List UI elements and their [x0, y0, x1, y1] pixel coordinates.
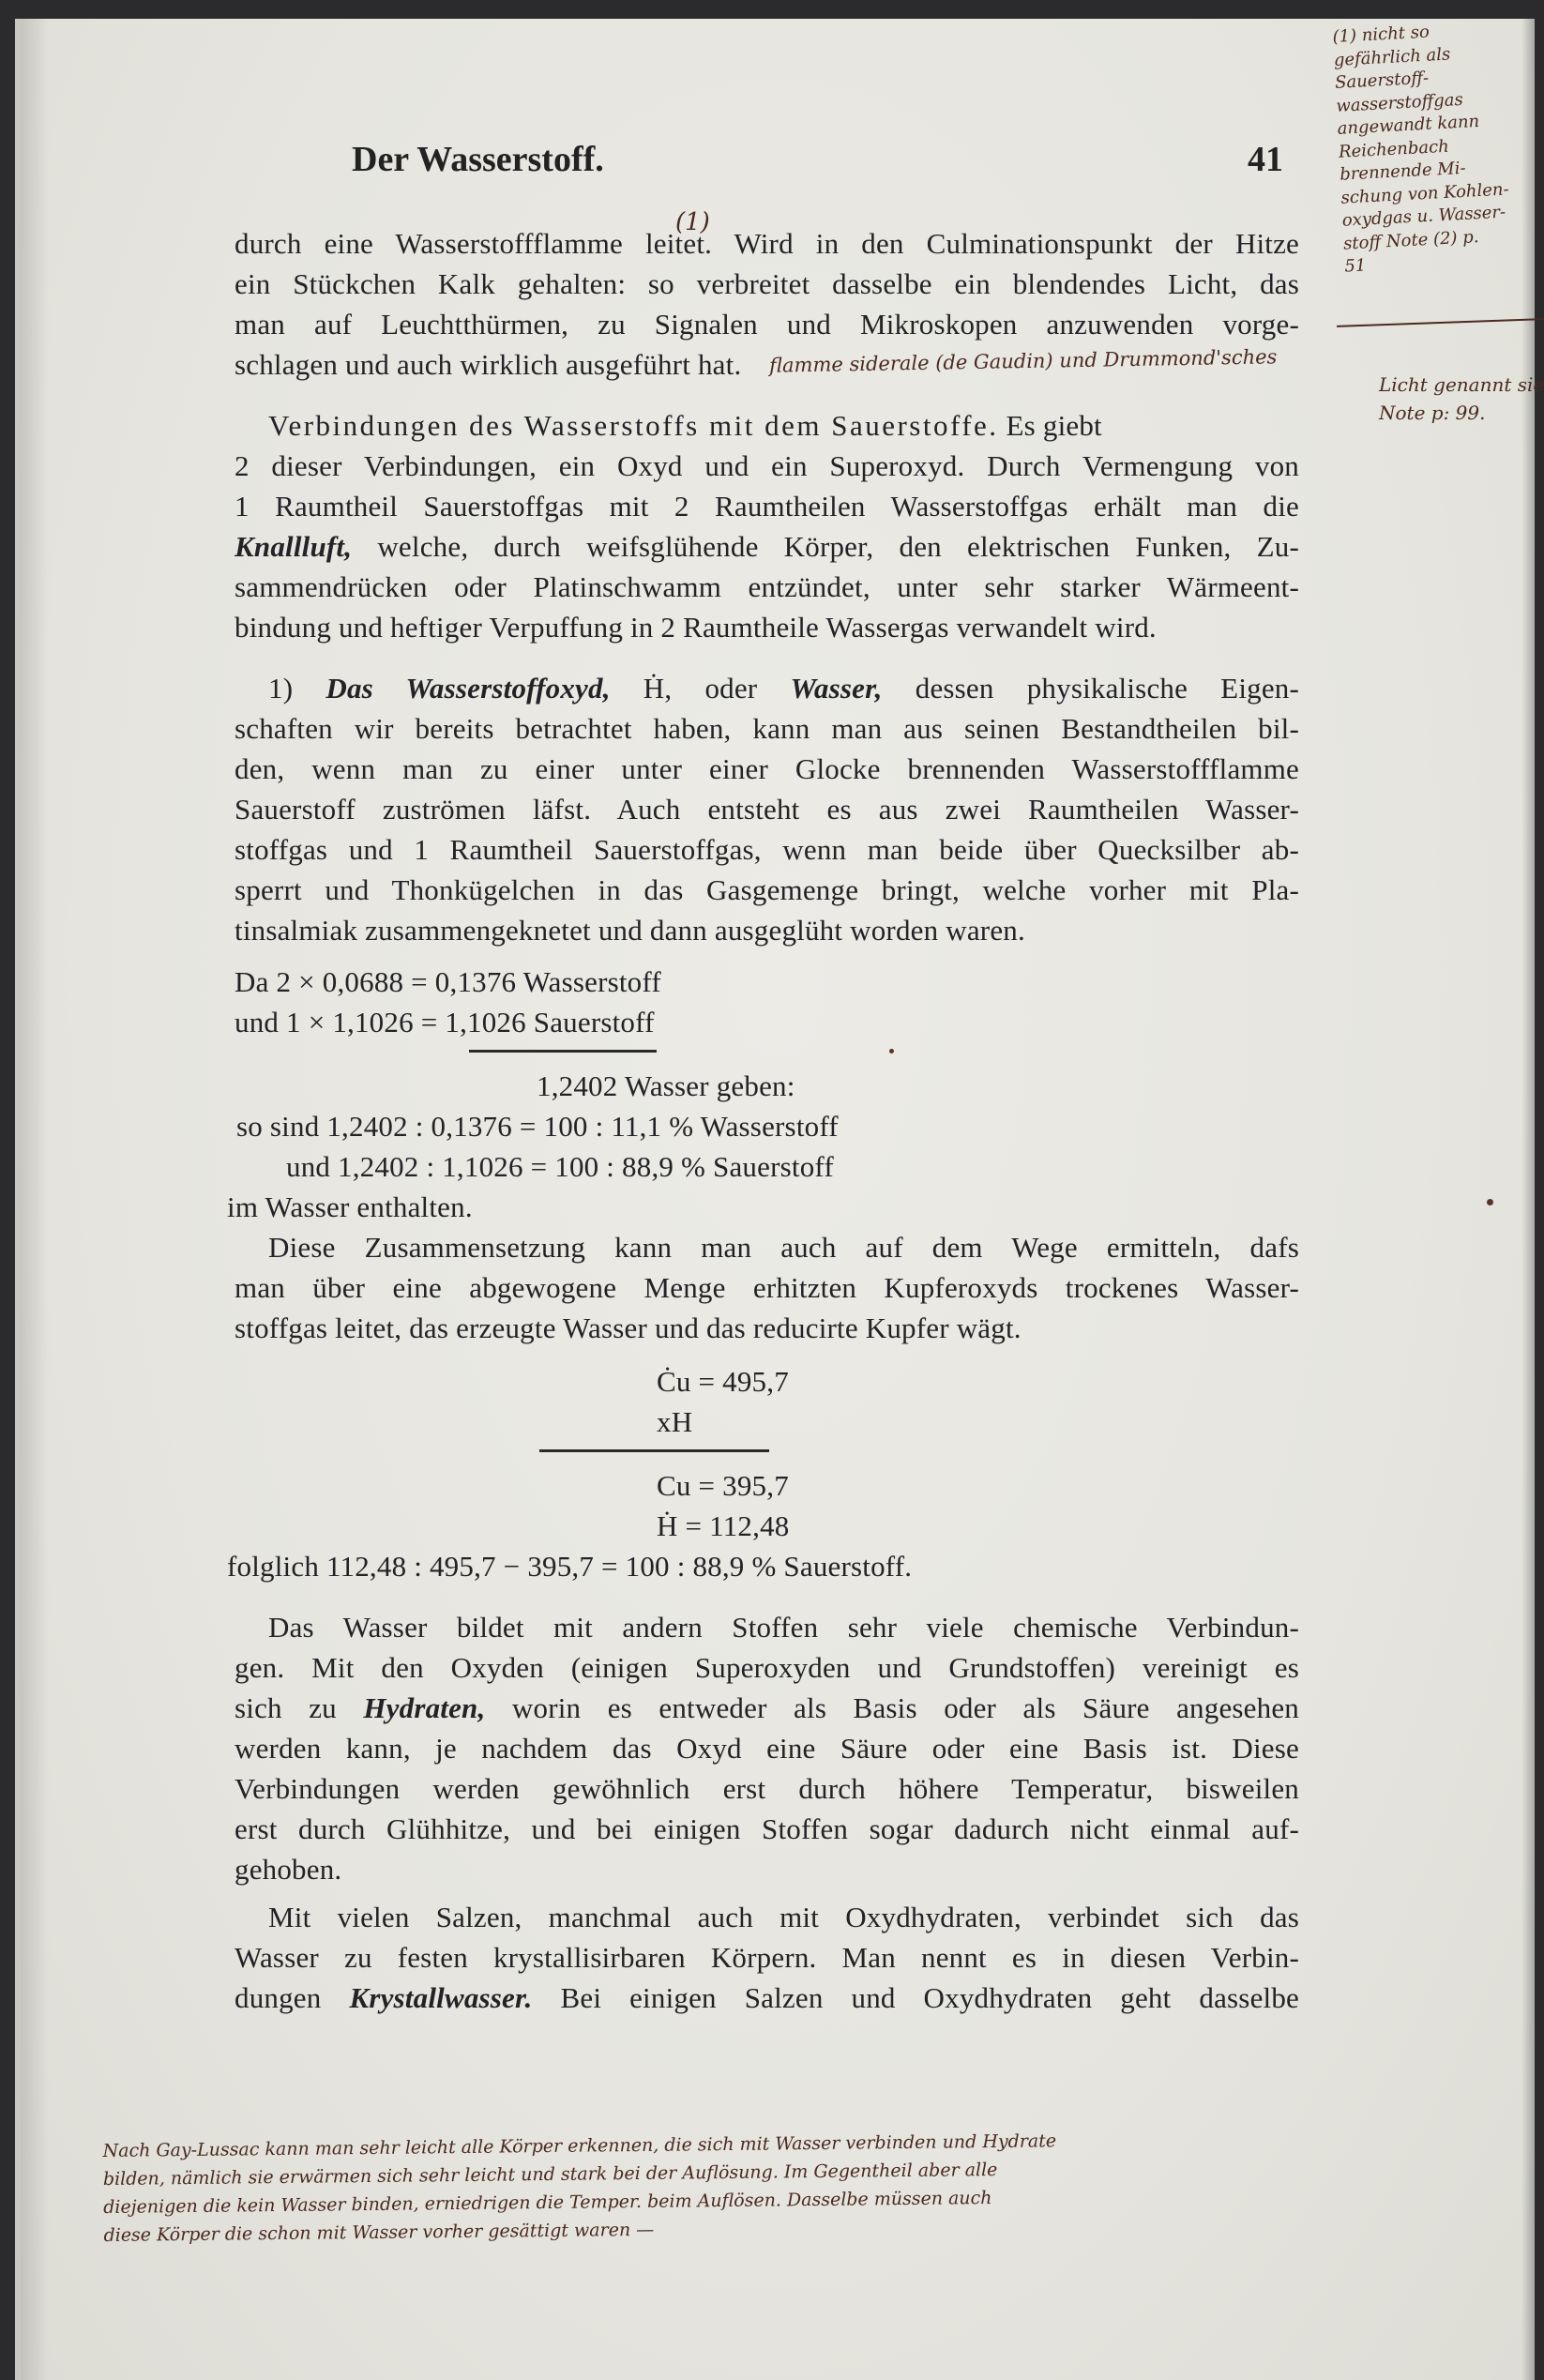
- section-heading-line: Verbindungen des Wasserstoffs mit dem Sa…: [235, 405, 1299, 446]
- footnote-reference-mark: (1): [675, 208, 710, 236]
- equation-total: 1,2402 Wasser geben:: [235, 1066, 1299, 1106]
- italic-term: Hydraten,: [363, 1691, 485, 1724]
- equation-row: und 1 × 1,1026 = 1,1026 Sauerstoff: [235, 1002, 1299, 1042]
- italic-term: Wasser,: [790, 672, 882, 705]
- text-line: den, wenn man zu einer unter einer Glock…: [235, 749, 1299, 789]
- equation-row: Ċu = 495,7: [235, 1361, 1299, 1402]
- text-line: sich zu Hydraten, worin es entweder als …: [235, 1688, 1299, 1728]
- text-line: sperrt und Thonkügelchen in das Gasgemen…: [235, 870, 1299, 910]
- item-number: 1): [268, 672, 293, 705]
- spine-shadow: [21, 19, 49, 2380]
- text-line: ein Stückchen Kalk gehalten: so verbreit…: [235, 264, 1299, 304]
- text-line: werden kann, je nachdem das Oxyd eine Sä…: [235, 1728, 1299, 1768]
- handwritten-margin-note: (1) nicht so gefährlich als Sauerstoff- …: [1332, 17, 1533, 280]
- equation-row: Da 2 × 0,0688 = 0,1376 Wasserstoff: [235, 962, 1299, 1002]
- equation-row: und 1,2402 : 1,1026 = 100 : 88,9 % Sauer…: [235, 1146, 1299, 1187]
- difference-rule: [539, 1449, 769, 1452]
- equation-row: xH: [235, 1402, 1299, 1442]
- text-line: dungen Krystallwasser. Bei einigen Salze…: [235, 1978, 1299, 2018]
- ink-spot: [1487, 1199, 1493, 1205]
- text-line: 1) Das Wasserstoffoxyd, Ḣ, oder Wasser, …: [235, 668, 1299, 708]
- text-line: Sauerstoff zuströmen läfst. Auch entsteh…: [235, 789, 1299, 829]
- text-line: Mit vielen Salzen, manchmal auch mit Oxy…: [235, 1897, 1299, 1937]
- text-line: schaften wir bereits betrachtet haben, k…: [235, 708, 1299, 749]
- text-line: Knallluft, welche, durch weifsglühende K…: [235, 526, 1299, 567]
- text-fragment: dungen: [235, 1981, 321, 2014]
- running-title: Der Wasserstoff.: [352, 139, 604, 180]
- text-fragment: Bei einigen Salzen und Oxydhydraten geht…: [560, 1981, 1299, 2014]
- text-line: man auf Leuchtthürmen, zu Signalen und M…: [235, 304, 1299, 344]
- note-line: Licht genannt siehe: [1379, 371, 1544, 399]
- page-number: 41: [1248, 139, 1283, 180]
- text-fragment: worin es entweder als Basis oder als Säu…: [512, 1691, 1299, 1724]
- text-line: im Wasser enthalten.: [227, 1187, 1299, 1227]
- text-line: durch eine Wasserstoffflamme leitet. Wir…: [235, 223, 1299, 264]
- text-line: stoffgas und 1 Raumtheil Sauerstoffgas, …: [235, 829, 1299, 870]
- text-line: 1 Raumtheil Sauerstoffgas mit 2 Raumthei…: [235, 486, 1299, 526]
- text-line: bindung und heftiger Verpuffung in 2 Rau…: [235, 607, 1299, 647]
- text-line: gen. Mit den Oxyden (einigen Superoxyden…: [235, 1647, 1299, 1688]
- ink-spot: [889, 1049, 894, 1054]
- italic-term: Krystallwasser.: [349, 1981, 532, 2014]
- section-heading: Verbindungen des Wasserstoffs mit dem Sa…: [268, 409, 999, 442]
- text-line: tinsalmiak zusammengeknetet und dann aus…: [235, 910, 1299, 950]
- text-fragment: Es giebt: [1007, 409, 1102, 442]
- italic-term: Knallluft,: [235, 530, 352, 563]
- equation-result: folglich 112,48 : 495,7 − 395,7 = 100 : …: [227, 1546, 1299, 1586]
- text-line: man über eine abgewogene Menge erhitzten…: [235, 1267, 1299, 1308]
- equation-row: Cu = 395,7: [235, 1465, 1299, 1506]
- text-line: stoffgas leitet, das erzeugte Wasser und…: [235, 1308, 1299, 1348]
- text-line: Das Wasser bildet mit andern Stoffen seh…: [235, 1607, 1299, 1647]
- text-line: gehoben.: [235, 1849, 1299, 1889]
- text-line: 2 dieser Verbindungen, ein Oxyd und ein …: [235, 446, 1299, 486]
- body-text: durch eine Wasserstoffflamme leitet. Wir…: [235, 223, 1299, 2018]
- handwritten-inline-note-continued: Licht genannt siehe Note p: 99.: [1379, 371, 1544, 427]
- text-fragment: sich zu: [235, 1691, 337, 1724]
- italic-term: Das Wasserstoffoxyd,: [325, 672, 610, 705]
- equation-row: so sind 1,2402 : 0,1376 = 100 : 11,1 % W…: [235, 1106, 1299, 1146]
- chemical-symbol: Ḣ,: [643, 672, 673, 705]
- sum-rule: [469, 1050, 657, 1053]
- handwritten-footnote: Nach Gay-Lussac kann man sehr leicht all…: [102, 2122, 1529, 2250]
- text-line: sammendrücken oder Platinschwamm entzünd…: [235, 567, 1299, 607]
- text-line: erst durch Glühhitze, und bei einigen St…: [235, 1809, 1299, 1849]
- text-line: Diese Zusammensetzung kann man auch auf …: [235, 1227, 1299, 1267]
- text-line: Verbindungen werden gewöhnlich erst durc…: [235, 1768, 1299, 1809]
- note-line: Note p: 99.: [1379, 399, 1544, 427]
- equation-row: Ḣ = 112,48: [235, 1506, 1299, 1546]
- text-fragment: dessen physikalische Eigen-: [916, 672, 1299, 705]
- text-fragment: welche, durch weifsglühende Körper, den …: [377, 530, 1299, 563]
- text-line: Wasser zu festen krystallisirbaren Körpe…: [235, 1937, 1299, 1978]
- text-fragment: oder: [704, 672, 757, 705]
